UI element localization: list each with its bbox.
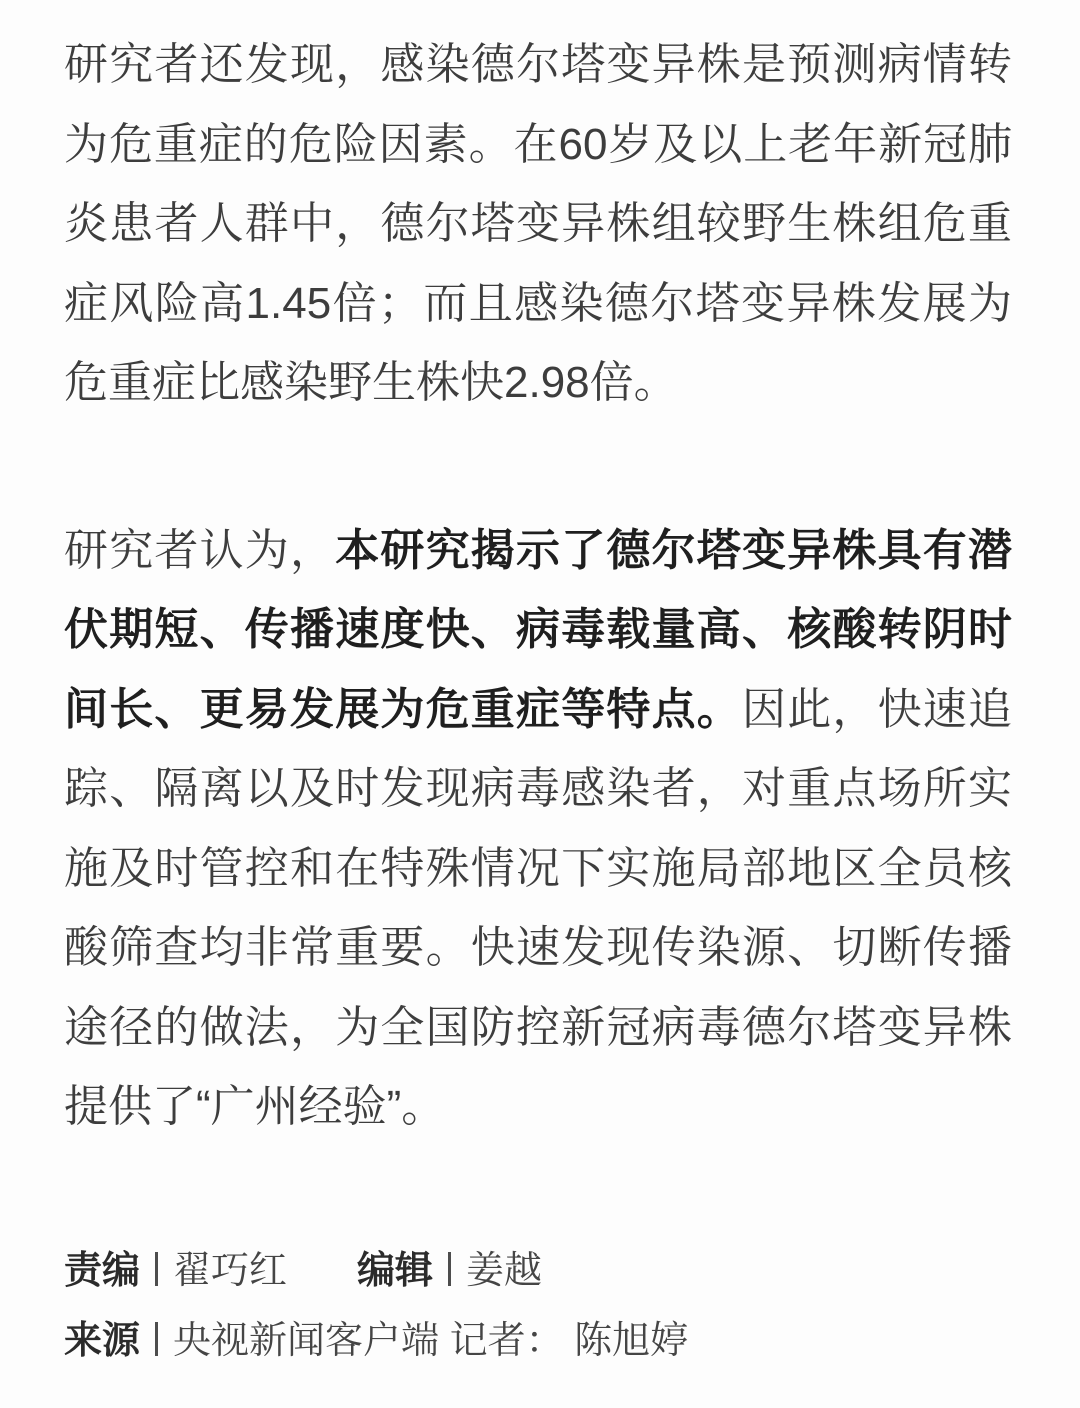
- text-line: 踪、隔离以及时发现病毒感染者，对重点场所实: [64, 749, 1012, 829]
- bold-text-segment: 本研究揭示了德尔塔变异株具有潜: [335, 526, 1012, 575]
- text-segment: 炎患者人群中，德尔塔变异株组较野生株组危重: [64, 199, 1012, 248]
- divider-bar-icon: [155, 1322, 158, 1356]
- text-line: 施及时管控和在特殊情况下实施局部地区全员核: [64, 829, 1012, 909]
- duty-editor-name: 翟巧红: [173, 1250, 287, 1292]
- source-row: 来源央视新闻客户端 记者： 陈旭婷: [64, 1321, 1012, 1361]
- text-segment: 踪、隔离以及时发现病毒感染者，对重点场所实: [64, 764, 1012, 813]
- text-segment: 途径的做法，为全国防控新冠病毒德尔塔变异株: [64, 1003, 1012, 1052]
- text-line: 途径的做法，为全国防控新冠病毒德尔塔变异株: [64, 988, 1012, 1068]
- article-body: 研究者还发现，感染德尔塔变异株是预测病情转 为危重症的危险因素。在60岁及以上老…: [0, 0, 1080, 1361]
- text-line: 为危重症的危险因素。在60岁及以上老年新冠肺: [64, 105, 1012, 185]
- text-segment: 提供了“广州经验”。: [64, 1082, 445, 1131]
- text-line: 危重症比感染野生株快2.98倍。: [64, 343, 1012, 423]
- bold-text-segment: 间长、更易发展为危重症等特点。: [64, 685, 742, 734]
- text-segment: 为危重症的危险因素。在60岁及以上老年新冠肺: [64, 120, 1012, 169]
- text-line: 酸筛查均非常重要。快速发现传染源、切断传播: [64, 908, 1012, 988]
- bold-text-segment: 伏期短、传播速度快、病毒载量高、核酸转阴时: [64, 605, 1012, 654]
- text-segment: 研究者还发现，感染德尔塔变异株是预测病情转: [64, 40, 1012, 89]
- source-label: 来源: [64, 1320, 140, 1362]
- text-line: 炎患者人群中，德尔塔变异株组较野生株组危重: [64, 184, 1012, 264]
- text-line: 研究者还发现，感染德尔塔变异株是预测病情转: [64, 25, 1012, 105]
- text-line: 提供了“广州经验”。: [64, 1067, 1012, 1147]
- paragraph-1: 研究者还发现，感染德尔塔变异株是预测病情转 为危重症的危险因素。在60岁及以上老…: [64, 25, 1012, 423]
- editor-label: 编辑: [357, 1250, 433, 1292]
- text-segment: 危重症比感染野生株快2.98倍。: [64, 358, 678, 407]
- text-segment: 酸筛查均非常重要。快速发现传染源、切断传播: [64, 923, 1012, 972]
- editor-credits-row: 责编翟巧红编辑姜越: [64, 1251, 1012, 1291]
- text-line: 研究者认为，本研究揭示了德尔塔变异株具有潜: [64, 511, 1012, 591]
- divider-bar-icon: [448, 1252, 451, 1286]
- text-segment: 施及时管控和在特殊情况下实施局部地区全员核: [64, 844, 1012, 893]
- text-line: 间长、更易发展为危重症等特点。因此，快速追: [64, 670, 1012, 750]
- text-line: 症风险高1.45倍；而且感染德尔塔变异株发展为: [64, 264, 1012, 344]
- article-footer: 责编翟巧红编辑姜越 来源央视新闻客户端 记者： 陈旭婷: [64, 1251, 1012, 1361]
- text-segment: 研究者认为，: [64, 526, 335, 575]
- editor-name: 姜越: [466, 1250, 542, 1292]
- paragraph-2: 研究者认为，本研究揭示了德尔塔变异株具有潜 伏期短、传播速度快、病毒载量高、核酸…: [64, 511, 1012, 1147]
- divider-bar-icon: [155, 1252, 158, 1286]
- text-line: 伏期短、传播速度快、病毒载量高、核酸转阴时: [64, 590, 1012, 670]
- source-text: 央视新闻客户端 记者： 陈旭婷: [173, 1320, 688, 1362]
- text-segment: 因此，快速追: [742, 685, 1012, 734]
- text-segment: 症风险高1.45倍；而且感染德尔塔变异株发展为: [64, 279, 1012, 328]
- duty-editor-label: 责编: [64, 1250, 140, 1292]
